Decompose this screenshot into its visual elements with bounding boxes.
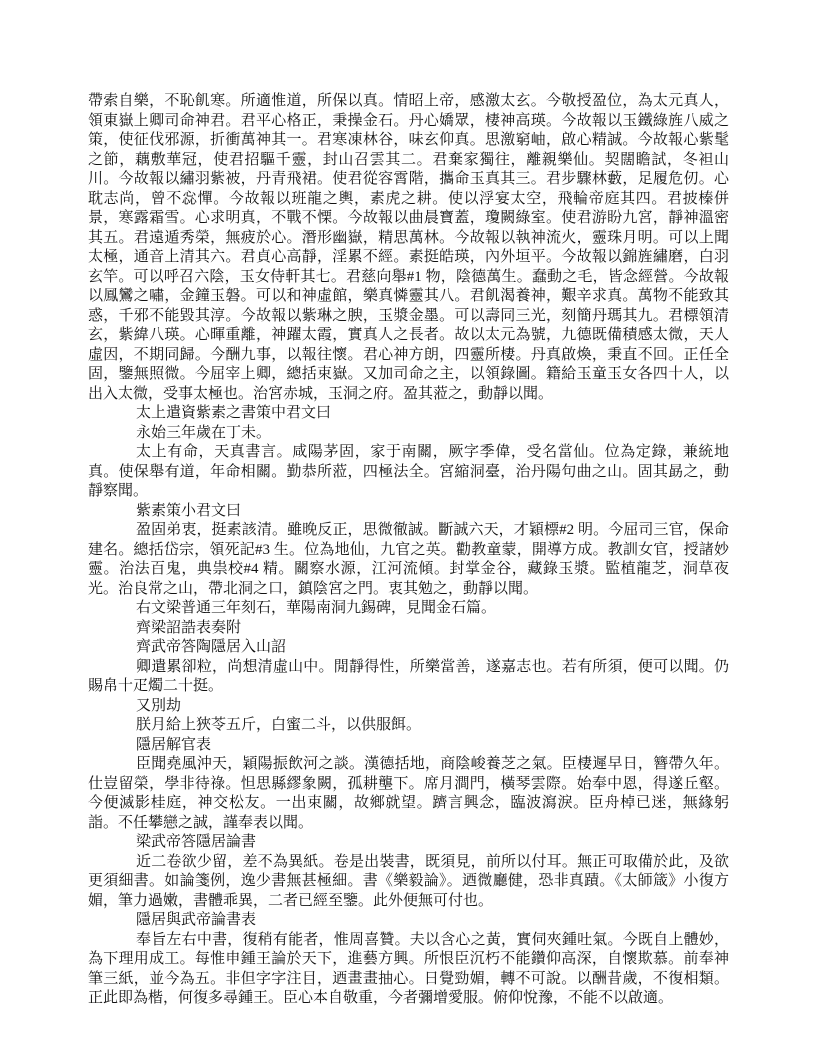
paragraph: 帶索自樂，不恥飢寒。所適惟道，所保以真。情昭上帝，感激太玄。今敬授盈位，為太元真… xyxy=(88,92,729,404)
paragraph: 盈固弟衷，挺素該清。雖晚反正，思微徹誠。斷誠六天，才穎標#2 明。今屈司三官，保… xyxy=(88,521,729,599)
document-body: 帶索自樂，不恥飢寒。所適惟道，所保以真。情昭上帝，感激太玄。今敬授盈位，為太元真… xyxy=(88,92,729,1009)
paragraph: 紫素策小君文曰 xyxy=(88,502,729,522)
paragraph: 太上遣資紫素之書策中君文曰 xyxy=(88,404,729,424)
paragraph: 奉旨左右中書，復稍有能者，惟周喜贊。夫以含心之黃，實伺夾鍾吐氣。今既自上體妙，為… xyxy=(88,931,729,1009)
paragraph: 隱居解官表 xyxy=(88,736,729,756)
paragraph: 臣聞堯風沖天，穎陽振飲河之談。漢德括地，商陰峻養芝之氣。臣棲遲早日，簪帶久年。仕… xyxy=(88,755,729,833)
paragraph: 齊梁詔誥表奏附 xyxy=(88,619,729,639)
paragraph: 又別劫 xyxy=(88,697,729,717)
paragraph: 永始三年歲在丁未。 xyxy=(88,424,729,444)
paragraph: 太上有命，天真書言。咸陽茅固，家于南關，厥字季偉，受名當仙。位為定錄，兼統地真。… xyxy=(88,443,729,502)
paragraph: 朕月給上狹苓五斤，白蜜二斗，以供服餌。 xyxy=(88,716,729,736)
paragraph: 右文梁普通三年刻石，華陽南洞九錫碑，見聞金石篇。 xyxy=(88,599,729,619)
paragraph: 卿遣累卻粒，尚想清虛山中。閒靜得性，所樂當善，遂嘉志也。若有所須，便可以聞。仍賜… xyxy=(88,658,729,697)
paragraph: 齊武帝答陶隱居入山詔 xyxy=(88,638,729,658)
paragraph: 梁武帝答隱居論書 xyxy=(88,833,729,853)
paragraph: 隱居與武帝論書表 xyxy=(88,911,729,931)
paragraph: 近二卷欲少留，差不為異紙。卷是出裝書，既須見，前所以付耳。無正可取備於此，及欲更… xyxy=(88,853,729,912)
document-page: 帶索自樂，不恥飢寒。所適惟道，所保以真。情昭上帝，感激太玄。今敬授盈位，為太元真… xyxy=(0,0,816,1056)
